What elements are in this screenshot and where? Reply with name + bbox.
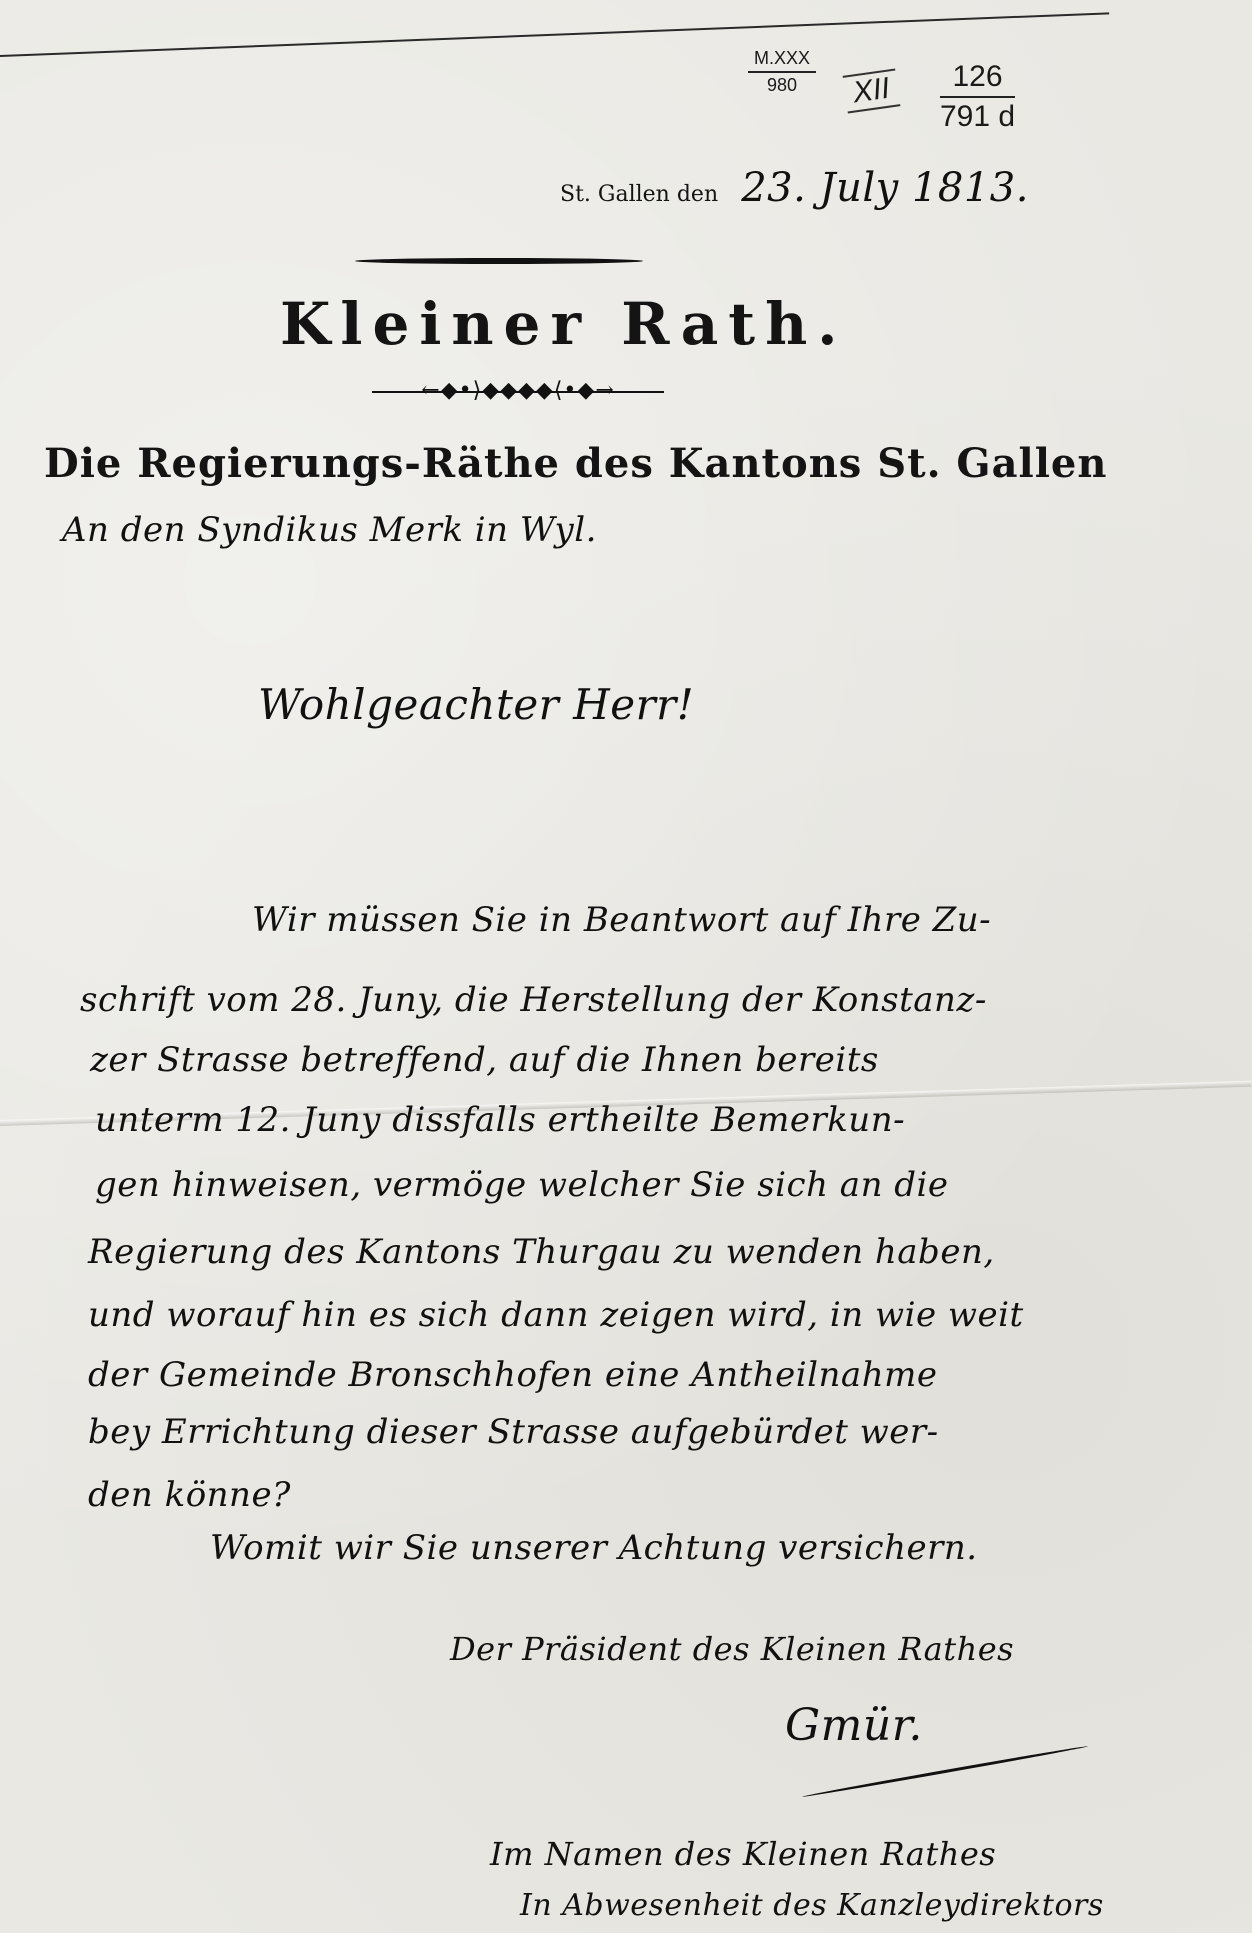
- recipient-line: An den Syndikus Merk in Wyl.: [62, 510, 597, 550]
- president-signature: Gmür.: [785, 1700, 923, 1751]
- archive-mark-denominator: 980: [748, 73, 816, 96]
- dateline-printed: St. Gallen den: [560, 182, 718, 207]
- body-line-9: bey Errichtung dieser Strasse aufgebürde…: [88, 1412, 939, 1452]
- letterhead-title: Kleiner Rath.: [280, 290, 847, 358]
- archive-mark-fraction-1: M.XXX 980: [748, 48, 816, 96]
- archive-mark-denominator-2: 791 d: [940, 98, 1015, 134]
- signature-flourish: [802, 1745, 1088, 1798]
- body-line-7: und worauf hin es sich dann zeigen wird,…: [88, 1295, 1024, 1335]
- body-line-1: Wir müssen Sie in Beantwort auf Ihre Zu-: [252, 900, 991, 940]
- archive-mark-roman: XII: [843, 69, 900, 114]
- salutation: Wohlgeachter Herr!: [258, 680, 694, 729]
- body-line-6: Regierung des Kantons Thurgau zu wenden …: [88, 1232, 995, 1272]
- dateline: St. Gallen den 23. July 1813.: [560, 165, 1029, 211]
- archive-mark-numerator: M.XXX: [748, 48, 816, 73]
- archive-mark-fraction-2: 126 791 d: [940, 60, 1015, 134]
- top-border-rule: [0, 12, 1109, 57]
- body-line-5: gen hinweisen, vermöge welcher Sie sich …: [95, 1165, 949, 1205]
- president-title: Der Präsident des Kleinen Rathes: [450, 1630, 1014, 1668]
- closing-line: Womit wir Sie unserer Achtung versichern…: [210, 1528, 978, 1568]
- header-rule: [355, 258, 643, 264]
- body-line-3: zer Strasse betreffend, auf die Ihnen be…: [90, 1040, 879, 1080]
- body-line-8: der Gemeinde Bronschhofen eine Antheilna…: [88, 1355, 937, 1395]
- archive-mark-numerator-2: 126: [940, 60, 1015, 98]
- secretary-line-2: In Abwesenheit des Kanzleydirektors: [520, 1888, 1104, 1923]
- dateline-handwritten: 23. July 1813.: [741, 165, 1029, 211]
- issuer-line: Die Regierungs-Räthe des Kantons St. Gal…: [44, 440, 1107, 487]
- ornament-line: [372, 391, 664, 393]
- body-line-2: schrift vom 28. Juny, die Herstellung de…: [80, 980, 987, 1020]
- body-line-10: den könne?: [88, 1475, 291, 1515]
- secretary-line-1: Im Namen des Kleinen Rathes: [490, 1835, 996, 1873]
- body-line-4: unterm 12. Juny dissfalls ertheilte Beme…: [95, 1100, 905, 1140]
